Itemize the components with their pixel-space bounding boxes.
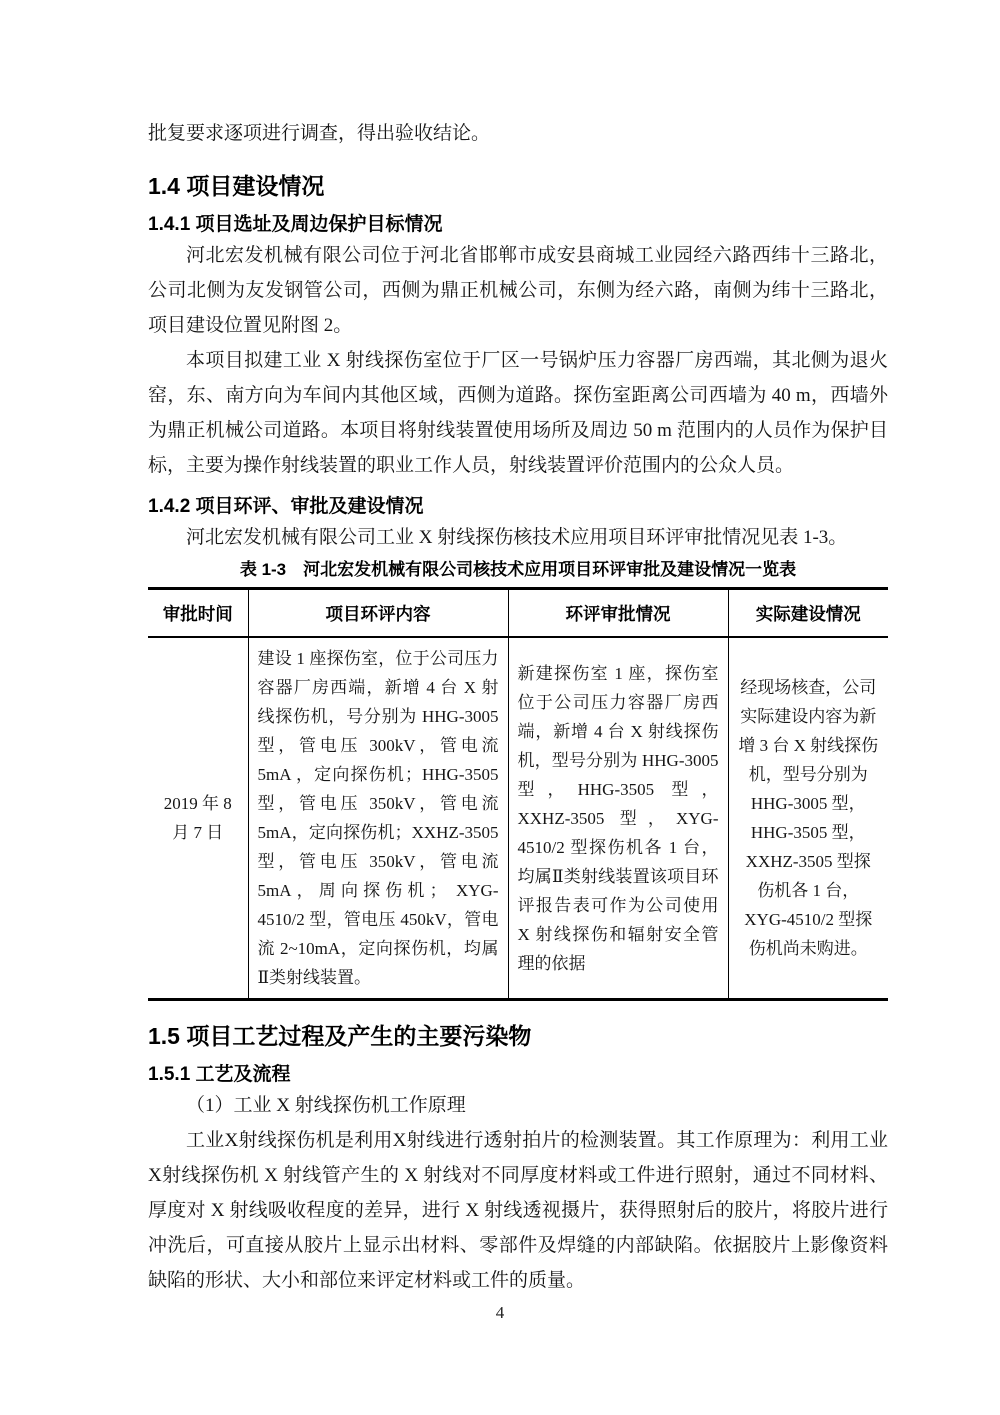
- paragraph-eia-intro: 河北宏发机械有限公司工业 X 射线探伤核技术应用项目环评审批情况见表 1-3。: [148, 520, 888, 555]
- table-header-row: 审批时间 项目环评内容 环评审批情况 实际建设情况: [148, 589, 888, 638]
- list-item-working-principle: （1）工业 X 射线探伤机工作原理: [148, 1088, 888, 1123]
- heading-1-4-2: 1.4.2 项目环评、审批及建设情况: [148, 493, 888, 520]
- heading-1-4: 1.4 项目建设情况: [148, 171, 888, 201]
- approval-table: 审批时间 项目环评内容 环评审批情况 实际建设情况 2019 年 8 月 7 日…: [148, 587, 888, 1001]
- table-row: 2019 年 8 月 7 日 建设 1 座探伤室，位于公司压力容器厂房西端，新增…: [148, 637, 888, 1000]
- heading-1-4-1: 1.4.1 项目选址及周边保护目标情况: [148, 211, 888, 238]
- document-page: { "document": { "leading_paragraph": "批复…: [0, 0, 1000, 1415]
- col-header-actual-construction: 实际建设情况: [728, 589, 888, 638]
- heading-1-5-1: 1.5.1 工艺及流程: [148, 1061, 888, 1088]
- table-caption: 表 1-3 河北宏发机械有限公司核技术应用项目环评审批及建设情况一览表: [148, 557, 888, 583]
- cell-eia-approval: 新建探伤室 1 座，探伤室位于公司压力容器厂房西端，新增 4 台 X 射线探伤机…: [508, 637, 728, 1000]
- paragraph-working-principle: 工业X射线探伤机是利用X射线进行透射拍片的检测装置。其工作原理为：利用工业X射线…: [148, 1123, 888, 1298]
- heading-1-5: 1.5 项目工艺过程及产生的主要污染物: [148, 1021, 888, 1051]
- page-content: 批复要求逐项进行调查，得出验收结论。 1.4 项目建设情况 1.4.1 项目选址…: [148, 116, 888, 1298]
- cell-actual-construction: 经现场核查，公司实际建设内容为新增 3 台 X 射线探伤机，型号分别为 HHG-…: [728, 637, 888, 1000]
- cell-approval-time: 2019 年 8 月 7 日: [148, 637, 248, 1000]
- paragraph-protection-targets: 本项目拟建工业 X 射线探伤室位于厂区一号锅炉压力容器厂房西端，其北侧为退火窑，…: [148, 343, 888, 483]
- paragraph-site-location: 河北宏发机械有限公司位于河北省邯郸市成安县商城工业园经六路西纬十三路北，公司北侧…: [148, 238, 888, 343]
- col-header-eia-content: 项目环评内容: [248, 589, 508, 638]
- col-header-eia-approval: 环评审批情况: [508, 589, 728, 638]
- cell-eia-content: 建设 1 座探伤室，位于公司压力容器厂房西端，新增 4 台 X 射线探伤机，号分…: [248, 637, 508, 1000]
- col-header-approval-time: 审批时间: [148, 589, 248, 638]
- leading-paragraph: 批复要求逐项进行调查，得出验收结论。: [148, 116, 888, 151]
- page-number: 4: [0, 1303, 1000, 1323]
